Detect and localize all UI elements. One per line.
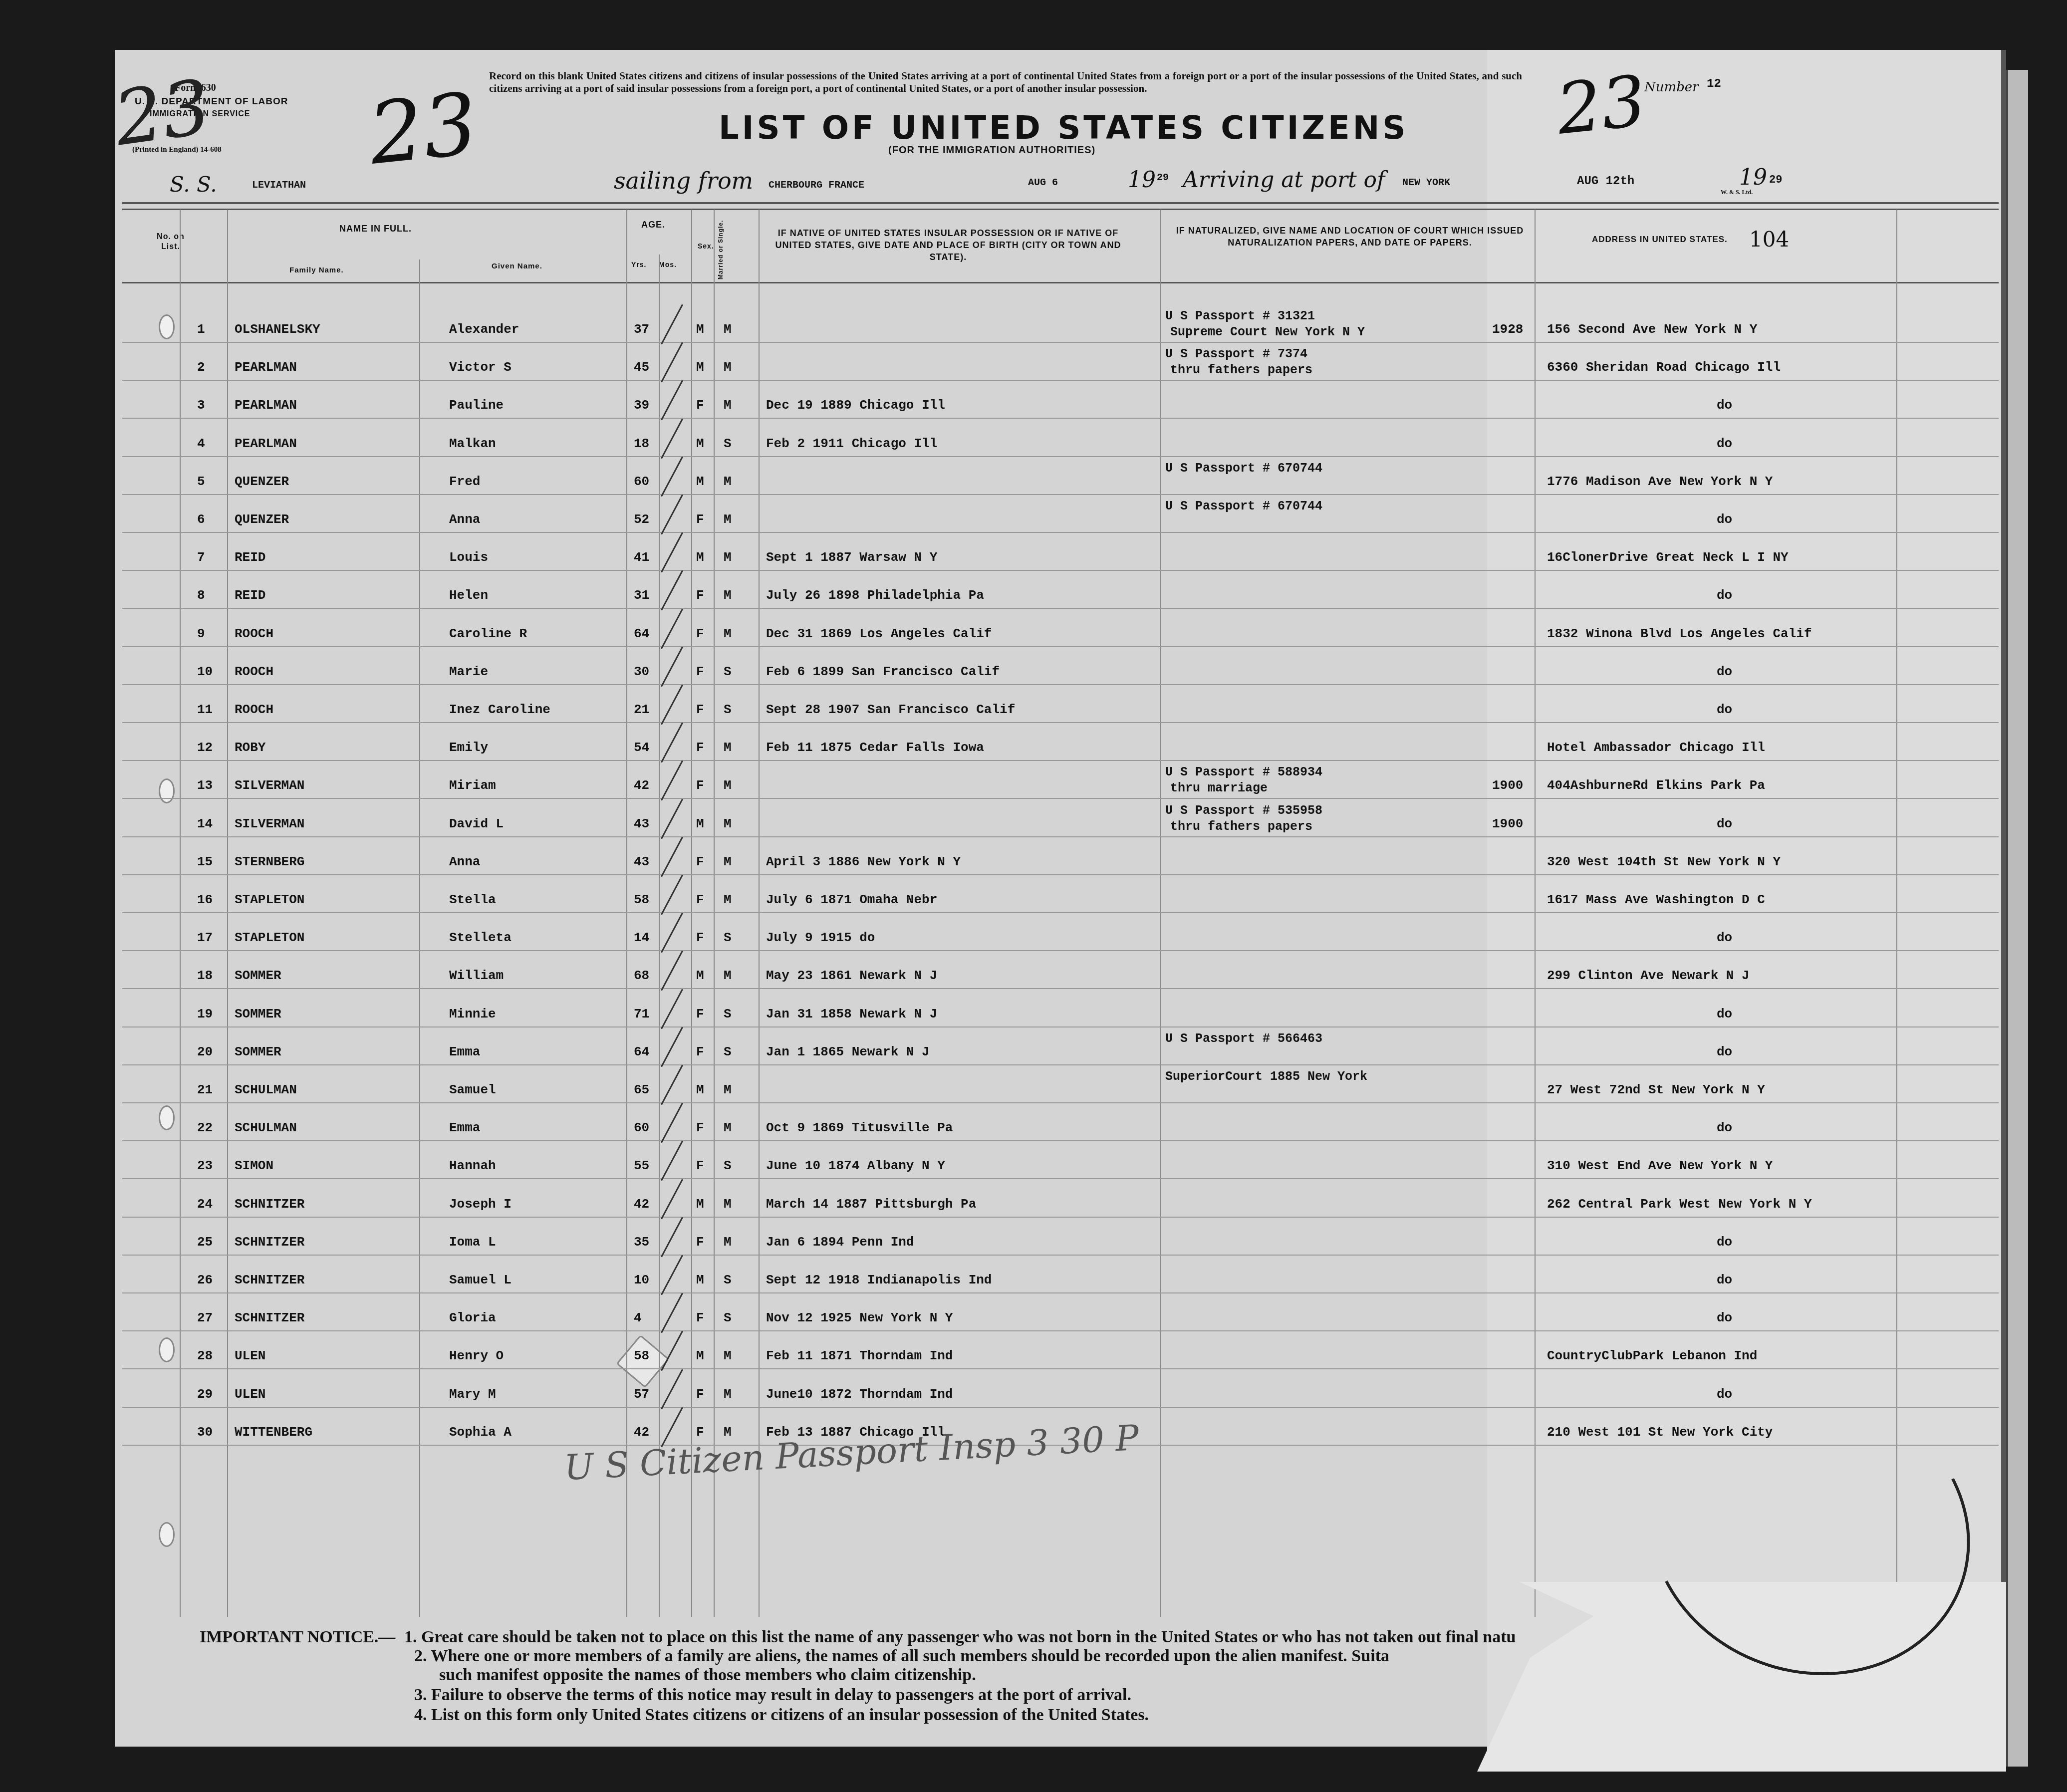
address: 320 West 104th St New York N Y [1547, 854, 1781, 869]
row-number: 8 [197, 588, 205, 603]
address: 27 West 72nd St New York N Y [1547, 1082, 1765, 1097]
given-name: Anna [449, 512, 480, 527]
given-name: Pauline [449, 398, 504, 413]
number-label: Number [1644, 80, 1699, 95]
marital-status: M [724, 322, 732, 337]
row-number: 13 [197, 778, 213, 793]
sex: F [696, 1387, 704, 1402]
family-name: SCHNITZER [235, 1197, 304, 1212]
sex: M [696, 816, 704, 831]
table-row: 28ULENHenry O58MMFeb 11 1871 Thorndam In… [0, 1338, 1871, 1376]
marital-status: M [724, 588, 732, 603]
arrival-date: AUG 12th [1577, 175, 1634, 188]
family-name: PEARLMAN [235, 360, 297, 375]
marital-status: S [724, 1007, 732, 1022]
family-name: ULEN [235, 1387, 265, 1402]
row-number: 7 [197, 550, 205, 565]
given-name: Marie [449, 664, 488, 679]
marital-status: M [724, 968, 732, 983]
sex: M [696, 1082, 704, 1097]
naturalization-passport: U S Passport # 7374 [1165, 347, 1307, 361]
marital-status: M [724, 1197, 732, 1212]
family-name: ROOCH [235, 702, 273, 717]
age-years: 31 [634, 588, 649, 603]
given-name: Stella [449, 892, 496, 907]
naturalization-court: thru marriage [1170, 781, 1268, 795]
family-name: REID [235, 588, 265, 603]
notice-label: IMPORTANT NOTICE.— [200, 1628, 395, 1647]
naturalization-court: thru fathers papers [1170, 819, 1312, 834]
address: 1617 Mass Ave Washington D C [1547, 892, 1765, 907]
given-name: Emma [449, 1044, 480, 1059]
row-number: 1 [197, 322, 205, 337]
family-name: STAPLETON [235, 930, 304, 945]
birth-info: July 9 1915 do [766, 930, 875, 945]
given-name: Joseph I [449, 1197, 512, 1212]
number-value: 12 [1707, 77, 1721, 91]
table-row: 12ROBYEmily54FMFeb 11 1875 Cedar Falls I… [0, 730, 1871, 768]
table-row: 8REIDHelen31FMJuly 26 1898 Philadelphia … [0, 578, 1871, 616]
naturalization-passport: U S Passport # 566463 [1165, 1031, 1322, 1046]
marital-status: M [724, 360, 732, 375]
sex: F [696, 1120, 704, 1135]
family-name: SOMMER [235, 1044, 281, 1059]
birth-info: Nov 12 1925 New York N Y [766, 1310, 953, 1325]
col-birth: IF NATIVE OF UNITED STATES INSULAR POSSE… [769, 227, 1128, 263]
marital-status: M [724, 1235, 732, 1250]
binder-hole [159, 1522, 175, 1547]
arrival-year-suffix: 29 [1769, 174, 1782, 186]
marital-status: M [724, 474, 732, 489]
family-name: ROOCH [235, 664, 273, 679]
table-row: 9ROOCHCaroline R64FMDec 31 1869 Los Ange… [0, 616, 1871, 654]
marital-status: M [724, 892, 732, 907]
given-name: Samuel [449, 1082, 496, 1097]
table-row: 26SCHNITZERSamuel L10MSSept 12 1918 Indi… [0, 1263, 1871, 1300]
family-name: SCHNITZER [235, 1310, 304, 1325]
header-rule [122, 202, 1999, 204]
birth-info: Jan 6 1894 Penn Ind [766, 1235, 914, 1250]
family-name: REID [235, 550, 265, 565]
sex: F [696, 1007, 704, 1022]
age-years: 10 [634, 1273, 649, 1287]
given-name: Fred [449, 474, 480, 489]
col-given-name: Given Name. [492, 262, 542, 270]
marital-status: S [724, 1273, 732, 1287]
address: 1832 Winona Blvd Los Angeles Calif [1547, 626, 1812, 641]
col-sex: Sex. [698, 242, 714, 250]
address: do [1717, 816, 1732, 831]
marital-status: S [724, 1158, 732, 1173]
binding-edge [2006, 70, 2028, 1767]
header-rule [122, 209, 1999, 210]
table-row: 20SOMMEREmma64FSJan 1 1865 Newark N JU S… [0, 1034, 1871, 1072]
family-name: STAPLETON [235, 892, 304, 907]
sex: F [696, 740, 704, 755]
row-number: 26 [197, 1273, 213, 1287]
age-years: 18 [634, 436, 649, 451]
given-name: Henry O [449, 1348, 504, 1363]
birth-info: Oct 9 1869 Titusville Pa [766, 1120, 953, 1135]
sex: M [696, 1348, 704, 1363]
address: do [1717, 1310, 1732, 1325]
marital-status: M [724, 778, 732, 793]
naturalization-court: thru fathers papers [1170, 363, 1312, 377]
marital-status: M [724, 626, 732, 641]
given-name: Emma [449, 1120, 480, 1135]
table-row: 5QUENZERFred60MMU S Passport # 670744177… [0, 464, 1871, 502]
col-no-on-list: No. on List. [156, 232, 186, 252]
sex: M [696, 1197, 704, 1212]
sex: F [696, 512, 704, 527]
given-name: Victor S [449, 360, 512, 375]
family-name: SCHULMAN [235, 1082, 297, 1097]
marital-status: S [724, 930, 732, 945]
family-name: ROOCH [235, 626, 273, 641]
col-yrs: Yrs. [631, 260, 646, 268]
table-row: 18SOMMERWilliam68MMMay 23 1861 Newark N … [0, 958, 1871, 996]
row-number: 6 [197, 512, 205, 527]
naturalization-passport: U S Passport # 588934 [1165, 765, 1322, 779]
table-row: 27SCHNITZERGloria4FSNov 12 1925 New York… [0, 1300, 1871, 1338]
birth-info: Feb 11 1875 Cedar Falls Iowa [766, 740, 984, 755]
departure-year-suffix: 29 [1157, 172, 1169, 184]
birth-info: June10 1872 Thorndam Ind [766, 1387, 953, 1402]
sex: M [696, 322, 704, 337]
age-years: 41 [634, 550, 649, 565]
col-address: ADDRESS IN UNITED STATES. [1592, 235, 1728, 245]
table-row: 23SIMONHannah55FSJune 10 1874 Albany N Y… [0, 1148, 1871, 1186]
table-row: 1OLSHANELSKYAlexander37MMU S Passport # … [0, 312, 1871, 350]
table-row: 25SCHNITZERIoma L35FMJan 6 1894 Penn Ind… [0, 1225, 1871, 1263]
address: 6360 Sheridan Road Chicago Ill [1547, 360, 1781, 375]
naturalization-year: 1928 [1492, 322, 1523, 337]
family-name: SCHNITZER [235, 1273, 304, 1287]
age-years: 14 [634, 930, 649, 945]
sex: F [696, 1425, 704, 1440]
departure-year-prefix: 19 [1128, 167, 1156, 193]
naturalization-year: 1900 [1492, 778, 1523, 793]
marital-status: M [724, 1348, 732, 1363]
birth-info: Feb 11 1871 Thorndam Ind [766, 1348, 953, 1363]
table-row: 2PEARLMANVictor S45MMU S Passport # 7374… [0, 350, 1871, 388]
given-name: Samuel L [449, 1273, 512, 1287]
col-mos: Mos. [659, 260, 677, 268]
table-row: 6QUENZERAnna52FMU S Passport # 670744do [0, 502, 1871, 540]
address: 1776 Madison Ave New York N Y [1547, 474, 1773, 489]
age-years: 45 [634, 360, 649, 375]
family-name: SILVERMAN [235, 816, 304, 831]
birth-info: April 3 1886 New York N Y [766, 854, 961, 869]
age-years: 4 [634, 1310, 642, 1325]
row-number: 21 [197, 1082, 213, 1097]
family-name: SOMMER [235, 968, 281, 983]
age-years: 37 [634, 322, 649, 337]
age-years: 64 [634, 626, 649, 641]
printer-mark: W. & S. Ltd. [1721, 189, 1753, 196]
row-number: 23 [197, 1158, 213, 1173]
age-years: 39 [634, 398, 649, 413]
age-years: 21 [634, 702, 649, 717]
family-name: SIMON [235, 1158, 273, 1173]
given-name: William [449, 968, 504, 983]
row-number: 5 [197, 474, 205, 489]
given-name: Caroline R [449, 626, 527, 641]
birth-info: Dec 31 1869 Los Angeles Calif [766, 626, 992, 641]
family-name: STERNBERG [235, 854, 304, 869]
address: do [1717, 398, 1732, 413]
age-years: 58 [634, 1348, 649, 1363]
birth-info: Sept 1 1887 Warsaw N Y [766, 550, 937, 565]
birth-info: Jan 31 1858 Newark N J [766, 1007, 937, 1022]
marital-status: M [724, 398, 732, 413]
notice-item-2: 2. Where one or more members of a family… [414, 1647, 1389, 1666]
birth-info: July 6 1871 Omaha Nebr [766, 892, 937, 907]
marital-status: S [724, 664, 732, 679]
table-row: 4PEARLMANMalkan18MSFeb 2 1911 Chicago Il… [0, 426, 1871, 464]
given-name: Miriam [449, 778, 496, 793]
row-number: 10 [197, 664, 213, 679]
sex: F [696, 1310, 704, 1325]
table-row: 3PEARLMANPauline39FMDec 19 1889 Chicago … [0, 388, 1871, 426]
sex: M [696, 436, 704, 451]
given-name: Minnie [449, 1007, 496, 1022]
row-number: 20 [197, 1044, 213, 1059]
page-number: 104 [1749, 227, 1789, 252]
arrival-port: NEW YORK [1402, 177, 1450, 189]
ship-name: LEVIATHAN [252, 180, 306, 191]
arriving-label: Arriving at port of [1183, 167, 1385, 193]
table-row: 29ULENMary M57FMJune10 1872 Thorndam Ind… [0, 1377, 1871, 1415]
given-name: Emily [449, 740, 488, 755]
naturalization-passport: U S Passport # 31321 [1165, 309, 1315, 323]
row-number: 25 [197, 1235, 213, 1250]
col-family-name: Family Name. [289, 266, 344, 274]
given-name: Gloria [449, 1310, 496, 1325]
given-name: Stelleta [449, 930, 512, 945]
marital-status: M [724, 740, 732, 755]
family-name: SCHNITZER [235, 1235, 304, 1250]
family-name: SCHULMAN [235, 1120, 297, 1135]
age-years: 60 [634, 474, 649, 489]
marital-status: M [724, 816, 732, 831]
sex: F [696, 588, 704, 603]
table-row: 14SILVERMANDavid L43MMU S Passport # 535… [0, 806, 1871, 844]
birth-info: Dec 19 1889 Chicago Ill [766, 398, 945, 413]
table-row: 17STAPLETONStelleta14FSJuly 9 1915 dodo [0, 920, 1871, 958]
address: do [1717, 512, 1732, 527]
age-years: 57 [634, 1387, 649, 1402]
table-row: 16STAPLETONStella58FMJuly 6 1871 Omaha N… [0, 882, 1871, 920]
given-name: Malkan [449, 436, 496, 451]
row-number: 19 [197, 1007, 213, 1022]
form-subtitle: (FOR THE IMMIGRATION AUTHORITIES) [888, 145, 1095, 156]
given-name: Ioma L [449, 1235, 496, 1250]
marital-status: S [724, 1310, 732, 1325]
age-years: 68 [634, 968, 649, 983]
family-name: ROBY [235, 740, 265, 755]
marital-status: M [724, 854, 732, 869]
sex: F [696, 1044, 704, 1059]
address: do [1717, 930, 1732, 945]
family-name: SILVERMAN [235, 778, 304, 793]
address: do [1717, 1007, 1732, 1022]
address: 299 Clinton Ave Newark N J [1547, 968, 1750, 983]
age-years: 42 [634, 1197, 649, 1212]
age-years: 60 [634, 1120, 649, 1135]
sex: F [696, 778, 704, 793]
family-name: PEARLMAN [235, 398, 297, 413]
table-row: 19SOMMERMinnie71FSJan 31 1858 Newark N J… [0, 997, 1871, 1034]
marital-status: S [724, 702, 732, 717]
sex: F [696, 626, 704, 641]
marital-status: M [724, 1387, 732, 1402]
row-number: 24 [197, 1197, 213, 1212]
sex: F [696, 398, 704, 413]
row-number: 29 [197, 1387, 213, 1402]
address: do [1717, 664, 1732, 679]
row-number: 11 [197, 702, 213, 717]
address: 404AshburneRd Elkins Park Pa [1547, 778, 1765, 793]
row-number: 15 [197, 854, 213, 869]
given-name: Alexander [449, 322, 519, 337]
age-years: 52 [634, 512, 649, 527]
age-years: 71 [634, 1007, 649, 1022]
address: 310 West End Ave New York N Y [1547, 1158, 1773, 1173]
birth-info: Sept 12 1918 Indianapolis Ind [766, 1273, 992, 1287]
table-row: 13SILVERMANMiriam42FMU S Passport # 5889… [0, 768, 1871, 806]
col-married-single: Married or Single. [717, 205, 724, 279]
address: do [1717, 1120, 1732, 1135]
family-name: QUENZER [235, 512, 289, 527]
marital-status: M [724, 512, 732, 527]
age-years: 43 [634, 816, 649, 831]
table-row: 10ROOCHMarie30FSFeb 6 1899 San Francisco… [0, 654, 1871, 692]
col-naturalized: IF NATURALIZED, GIVE NAME AND LOCATION O… [1158, 225, 1542, 249]
age-years: 42 [634, 778, 649, 793]
address: do [1717, 1235, 1732, 1250]
table-row: 7REIDLouis41MMSept 1 1887 Warsaw N Y16Cl… [0, 540, 1871, 578]
birth-info: Sept 28 1907 San Francisco Calif [766, 702, 1015, 717]
handwritten-number: 23 [1553, 60, 1650, 151]
header-bottom-rule [122, 282, 1999, 283]
birth-info: Feb 2 1911 Chicago Ill [766, 436, 937, 451]
sex: M [696, 474, 704, 489]
birth-info: Jan 1 1865 Newark N J [766, 1044, 930, 1059]
family-name: SOMMER [235, 1007, 281, 1022]
sex: M [696, 1273, 704, 1287]
naturalization-court: Supreme Court New York N Y [1170, 325, 1365, 339]
birth-info: March 14 1887 Pittsburgh Pa [766, 1197, 976, 1212]
naturalization-passport: U S Passport # 535958 [1165, 803, 1322, 818]
sex: F [696, 892, 704, 907]
address: 262 Central Park West New York N Y [1547, 1197, 1812, 1212]
birth-info: Feb 6 1899 San Francisco Calif [766, 664, 1000, 679]
naturalization-year: 1900 [1492, 816, 1523, 831]
sex: M [696, 550, 704, 565]
row-number: 2 [197, 360, 205, 375]
ss-label: S. S. [170, 172, 217, 197]
family-name: ULEN [235, 1348, 265, 1363]
handwritten-number: 23 [364, 74, 482, 184]
handwritten-number: 23 [109, 64, 216, 163]
sailing-from-label: sailing from [614, 167, 753, 194]
address: do [1717, 436, 1732, 451]
given-name: Hannah [449, 1158, 496, 1173]
given-name: Mary M [449, 1387, 496, 1402]
given-name: Helen [449, 588, 488, 603]
row-number: 22 [197, 1120, 213, 1135]
column-divider [1896, 210, 1897, 1617]
row-number: 12 [197, 740, 213, 755]
age-years: 55 [634, 1158, 649, 1173]
given-name: David L [449, 816, 504, 831]
marital-status: S [724, 436, 732, 451]
age-years: 58 [634, 892, 649, 907]
family-name: WITTENBERG [235, 1425, 312, 1440]
given-name: Sophia A [449, 1425, 512, 1440]
family-name: PEARLMAN [235, 436, 297, 451]
sex: M [696, 360, 704, 375]
row-number: 27 [197, 1310, 213, 1325]
age-years: 64 [634, 1044, 649, 1059]
birth-info: May 23 1861 Newark N J [766, 968, 937, 983]
notice-item-2-cont: such manifest opposite the names of thos… [439, 1666, 976, 1685]
address: do [1717, 702, 1732, 717]
address: do [1717, 588, 1732, 603]
age-years: 54 [634, 740, 649, 755]
col-age: AGE. [641, 220, 665, 230]
sex: F [696, 1158, 704, 1173]
notice-item-1: 1. Great care should be taken not to pla… [404, 1628, 1516, 1647]
naturalization-passport: SuperiorCourt 1885 New York [1165, 1069, 1367, 1084]
age-years: 42 [634, 1425, 649, 1440]
row-number: 30 [197, 1425, 213, 1440]
row-number: 14 [197, 816, 213, 831]
given-name: Inez Caroline [449, 702, 550, 717]
row-number: 17 [197, 930, 213, 945]
marital-status: M [724, 1120, 732, 1135]
marital-status: M [724, 550, 732, 565]
col-name-in-full: NAME IN FULL. [339, 224, 412, 234]
departure-port: CHERBOURG FRANCE [769, 180, 864, 191]
arrival-year-prefix: 19 [1739, 165, 1767, 190]
age-years: 35 [634, 1235, 649, 1250]
given-name: Anna [449, 854, 480, 869]
sex: F [696, 702, 704, 717]
age-years: 65 [634, 1082, 649, 1097]
notice-item-4: 4. List on this form only United States … [414, 1706, 1149, 1725]
address: do [1717, 1044, 1732, 1059]
form-title: LIST OF UNITED STATES CITIZENS [719, 110, 1408, 147]
table-row: 22SCHULMANEmma60FMOct 9 1869 Titusville … [0, 1110, 1871, 1148]
family-name: OLSHANELSKY [235, 322, 320, 337]
departure-date: AUG 6 [1028, 177, 1058, 189]
marital-status: M [724, 1082, 732, 1097]
birth-info: July 26 1898 Philadelphia Pa [766, 588, 984, 603]
form-instructions: Record on this blank United States citiz… [489, 70, 1522, 95]
address: 16ClonerDrive Great Neck L I NY [1547, 550, 1789, 565]
sex: F [696, 1235, 704, 1250]
given-name: Louis [449, 550, 488, 565]
row-number: 18 [197, 968, 213, 983]
naturalization-passport: U S Passport # 670744 [1165, 461, 1322, 476]
notice-item-3: 3. Failure to observe the terms of this … [414, 1686, 1131, 1705]
marital-status: M [724, 1425, 732, 1440]
birth-info: June 10 1874 Albany N Y [766, 1158, 945, 1173]
age-years: 43 [634, 854, 649, 869]
address: CountryClubPark Lebanon Ind [1547, 1348, 1757, 1363]
